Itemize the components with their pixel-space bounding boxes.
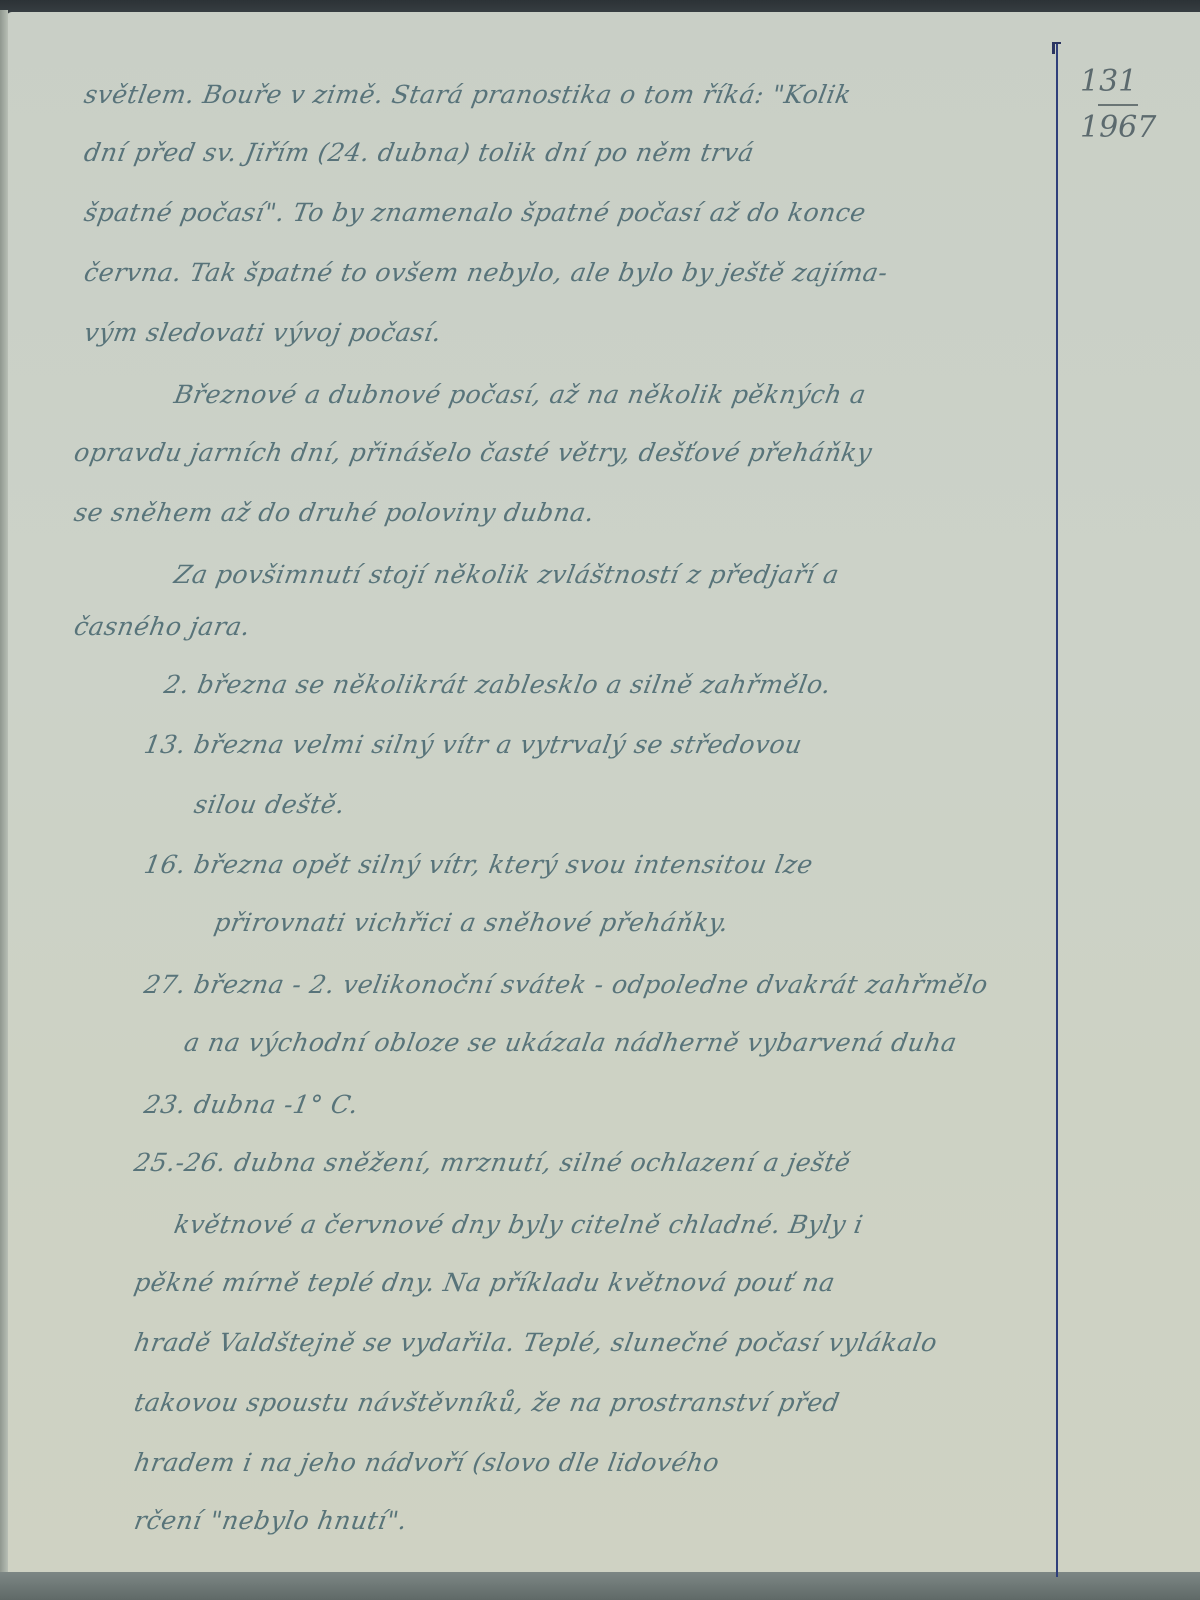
handwritten-line: květnové a červnové dny byly citelně chl… bbox=[172, 1210, 865, 1239]
handwritten-line: Za povšimnutí stojí několik zvláštností … bbox=[172, 560, 841, 589]
handwritten-line: pěkné mírně teplé dny. Na příkladu květn… bbox=[132, 1268, 837, 1297]
handwritten-line: silou deště. bbox=[192, 790, 347, 819]
handwritten-line: opravdu jarních dní, přinášelo časté vět… bbox=[72, 438, 874, 467]
handwritten-line: rčení "nebylo hnutí". bbox=[132, 1506, 410, 1535]
handwritten-line: vým sledovati vývoj počasí. bbox=[82, 318, 444, 347]
margin-rule bbox=[1056, 42, 1058, 1577]
handwritten-line: června. Tak špatné to ovšem nebylo, ale … bbox=[82, 258, 890, 287]
handwritten-line: 25.-26. dubna sněžení, mrznutí, silné oc… bbox=[132, 1148, 853, 1177]
handwritten-line: 13. března velmi silný vítr a vytrvalý s… bbox=[142, 730, 805, 759]
page-binding-edge bbox=[0, 10, 8, 1590]
year: 1967 bbox=[1080, 106, 1190, 150]
handwritten-line: 2. března se několikrát zablesklo a siln… bbox=[162, 670, 833, 699]
handwritten-line: takovou spoustu návštěvníků, že na prost… bbox=[132, 1388, 842, 1417]
handwritten-line: 27. března - 2. velikonoční svátek - odp… bbox=[142, 970, 990, 999]
page-number: 131 bbox=[1080, 60, 1190, 104]
handwritten-line: špatné počasí". To by znamenalo špatné p… bbox=[82, 198, 868, 227]
handwritten-line: časného jara. bbox=[72, 612, 253, 641]
handwritten-line: dní před sv. Jiřím (24. dubna) tolik dní… bbox=[82, 138, 756, 167]
margin-rule-hook bbox=[1052, 42, 1061, 54]
handwritten-line: se sněhem až do druhé poloviny dubna. bbox=[72, 498, 597, 527]
handwritten-line: 23. dubna -1° C. bbox=[142, 1090, 361, 1119]
handwritten-line: hradem i na jeho nádvoří (slovo dle lido… bbox=[132, 1448, 722, 1477]
margin-note: 131 1967 bbox=[1080, 60, 1190, 150]
handwritten-line: hradě Valdštejně se vydařila. Teplé, slu… bbox=[132, 1328, 940, 1357]
handwritten-line: Březnové a dubnové počasí, až na několik… bbox=[172, 380, 868, 409]
handwritten-line: přirovnati vichřici a sněhové přeháňky. bbox=[212, 908, 731, 937]
handwritten-line: světlem. Bouře v zimě. Stará pranostika … bbox=[82, 80, 854, 109]
book-bottom-edge bbox=[0, 1572, 1200, 1600]
handwritten-line: 16. března opět silný vítr, který svou i… bbox=[142, 850, 815, 879]
handwritten-line: a na východní obloze se ukázala nádherně… bbox=[182, 1028, 959, 1057]
